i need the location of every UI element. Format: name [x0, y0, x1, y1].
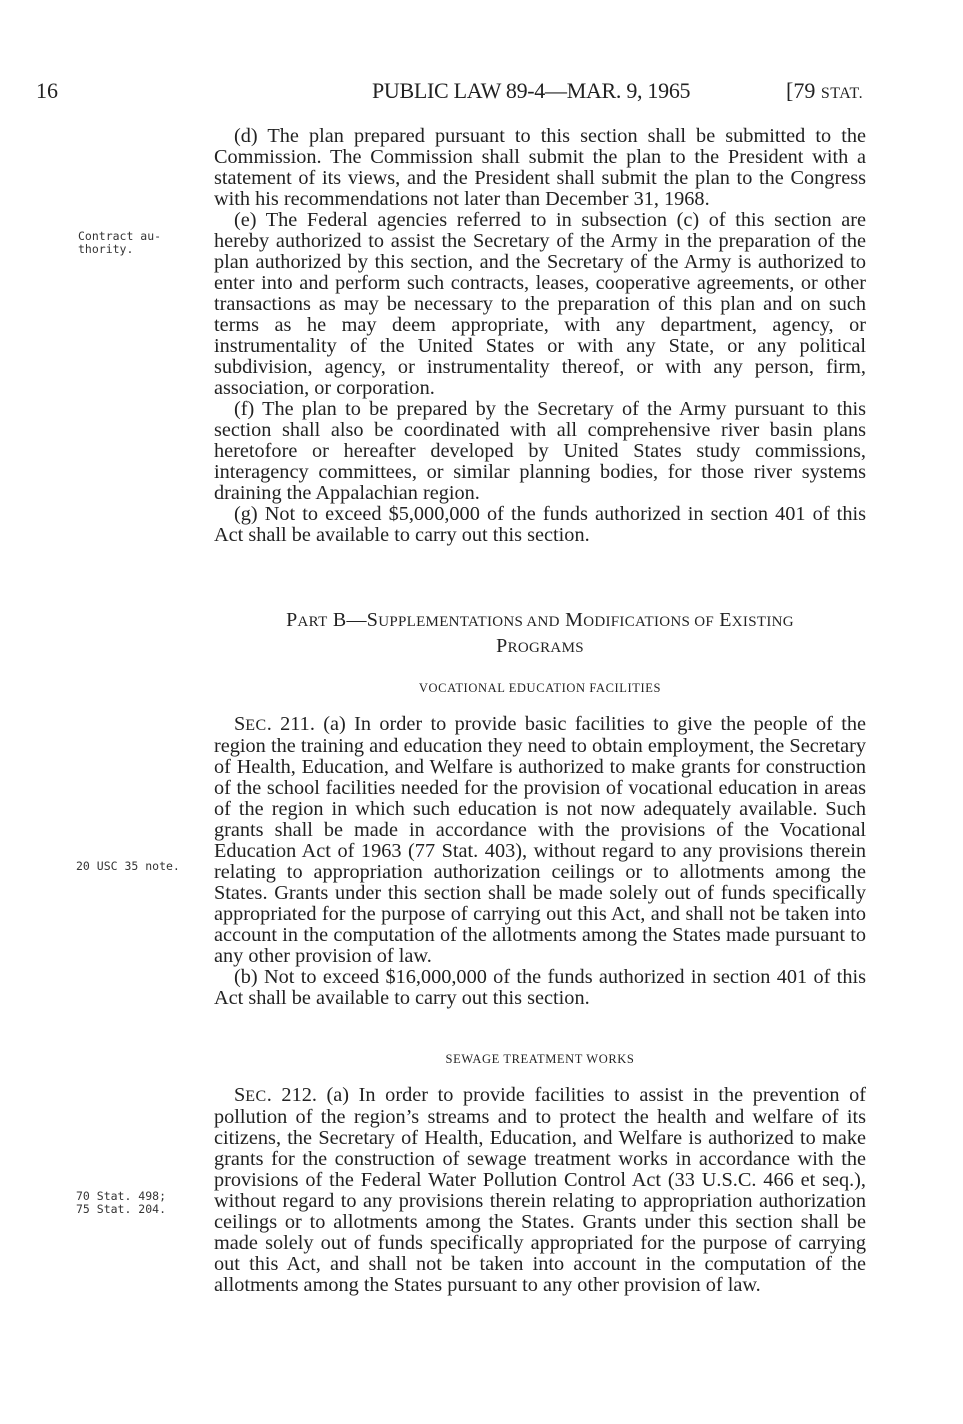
subsection-f: (f) The plan to be prepared by the Secre…	[214, 399, 866, 504]
section-label: S	[234, 1084, 245, 1106]
part-b-heading-line1: PART B—SUPPLEMENTATIONS AND MODIFICATION…	[214, 608, 866, 634]
vocational-education-heading: VOCATIONAL EDUCATION FACILITIES	[214, 681, 866, 696]
document-page: 16 PUBLIC LAW 89-4—MAR. 9, 1965 [79 STAT…	[0, 0, 963, 1424]
margin-note-stat-refs: 70 Stat. 498; 75 Stat. 204.	[76, 1190, 166, 1216]
heading-fragment: M	[560, 609, 583, 631]
heading-fragment: UPPLEMENTATIONS AND	[378, 614, 560, 630]
heading-fragment: ROGRAMS	[508, 640, 584, 656]
section-211: SEC. 211. (a) In order to provide basic …	[214, 714, 866, 1009]
part-b-heading-line2: PROGRAMS	[214, 634, 866, 660]
heading-fragment: P	[496, 635, 507, 657]
heading-fragment: XISTING	[732, 614, 794, 630]
sewage-treatment-heading: SEWAGE TREATMENT WORKS	[214, 1052, 866, 1067]
section-label: EC	[245, 717, 266, 734]
section-label: EC	[245, 1088, 266, 1105]
margin-note-contract-authority: Contract au- thority.	[78, 230, 161, 256]
section-212-a: SEC. 212. (a) In order to provide facili…	[214, 1085, 866, 1296]
section-211-a-text: . 211. (a) In order to provide basic fac…	[214, 713, 866, 967]
stat-label: STAT.	[821, 85, 863, 102]
heading-fragment: ART	[298, 614, 328, 630]
subsection-e: (e) The Federal agencies referred to in …	[214, 210, 866, 399]
stat-volume: [79	[786, 78, 821, 103]
heading-fragment: E	[714, 609, 732, 631]
heading-fragment: ODIFICATIONS OF	[583, 614, 714, 630]
section-211-a: SEC. 211. (a) In order to provide basic …	[214, 714, 866, 967]
heading-fragment: P	[286, 609, 297, 631]
margin-note-usc: 20 USC 35 note.	[76, 860, 180, 873]
section-212: SEC. 212. (a) In order to provide facili…	[214, 1085, 866, 1296]
subsections-d-to-g: (d) The plan prepared pursuant to this s…	[214, 126, 866, 546]
subsection-d: (d) The plan prepared pursuant to this s…	[214, 126, 866, 210]
section-211-b: (b) Not to exceed $16,000,000 of the fun…	[214, 967, 866, 1009]
part-b-heading: PART B—SUPPLEMENTATIONS AND MODIFICATION…	[214, 608, 866, 660]
page-number: 16	[36, 78, 58, 104]
section-212-a-text: . 212. (a) In order to provide facilitie…	[214, 1084, 866, 1296]
subsection-g: (g) Not to exceed $5,000,000 of the fund…	[214, 504, 866, 546]
running-header: 16 PUBLIC LAW 89-4—MAR. 9, 1965 [79 STAT…	[0, 78, 963, 108]
statute-reference: [79 STAT.	[786, 78, 863, 104]
section-label: S	[234, 713, 245, 735]
heading-fragment: B—S	[328, 609, 379, 631]
law-title: PUBLIC LAW 89-4—MAR. 9, 1965	[372, 78, 690, 104]
